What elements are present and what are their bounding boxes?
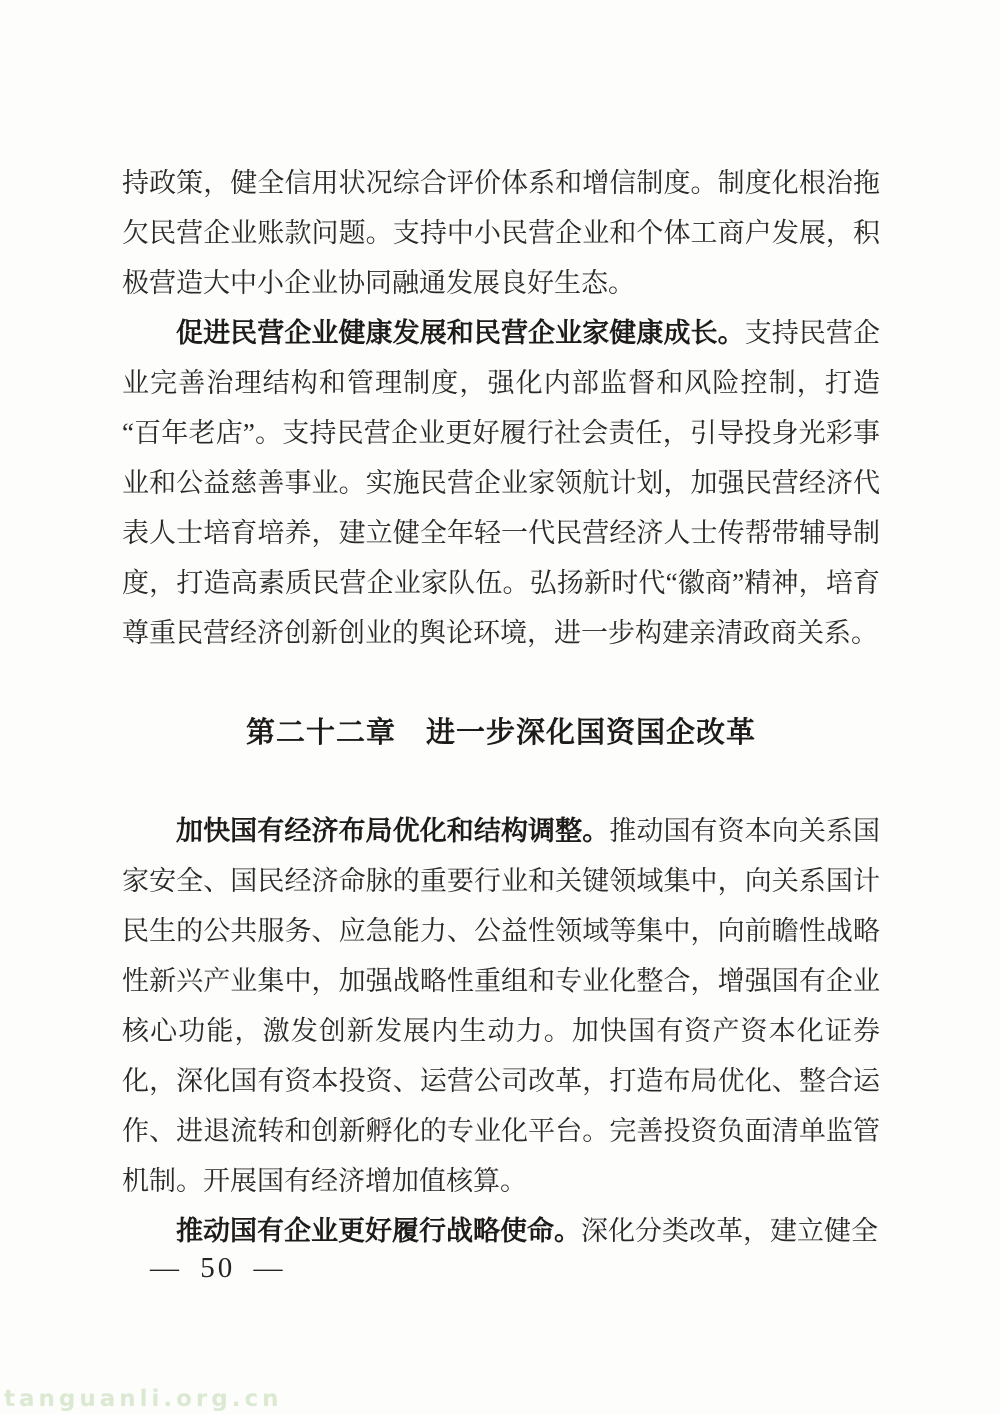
paragraph-policy-continuation: 持政策，健全信用状况综合评价体系和增信制度。制度化根治拖欠民营企业账款问题。支持… bbox=[122, 158, 880, 308]
document-page: 持政策，健全信用状况综合评价体系和增信制度。制度化根治拖欠民营企业账款问题。支持… bbox=[0, 0, 1000, 1414]
chapter-heading: 第二十二章 进一步深化国资国企改革 bbox=[122, 708, 880, 758]
paragraph-body-text: 支持民营企业完善治理结构和管理制度，强化内部监督和风险控制，打造“百年老店”。支… bbox=[122, 318, 880, 648]
paragraph-body-text: 推动国有资本向关系国家安全、国民经济命脉的重要行业和关键领域集中，向关系国计民生… bbox=[122, 816, 880, 1196]
paragraph-lead-bold: 促进民营企业健康发展和民营企业家健康成长。 bbox=[176, 318, 745, 348]
text-column: 持政策，健全信用状况综合评价体系和增信制度。制度化根治拖欠民营企业账款问题。支持… bbox=[122, 158, 880, 1256]
watermark-site-url: tanguanli.org.cn bbox=[4, 1386, 282, 1412]
paragraph-private-enterprise-growth: 促进民营企业健康发展和民营企业家健康成长。支持民营企业完善治理结构和管理制度，强… bbox=[122, 308, 880, 658]
paragraph-body-text: 深化分类改革，建立健全 bbox=[581, 1216, 878, 1246]
page-number: — 50 — bbox=[150, 1252, 286, 1285]
paragraph-lead-bold: 加快国有经济布局优化和结构调整。 bbox=[176, 816, 609, 846]
paragraph-soe-strategic-mission: 推动国有企业更好履行战略使命。深化分类改革，建立健全 bbox=[122, 1206, 880, 1256]
paragraph-state-economy-layout: 加快国有经济布局优化和结构调整。推动国有资本向关系国家安全、国民经济命脉的重要行… bbox=[122, 806, 880, 1206]
paragraph-lead-bold: 推动国有企业更好履行战略使命。 bbox=[176, 1216, 581, 1246]
